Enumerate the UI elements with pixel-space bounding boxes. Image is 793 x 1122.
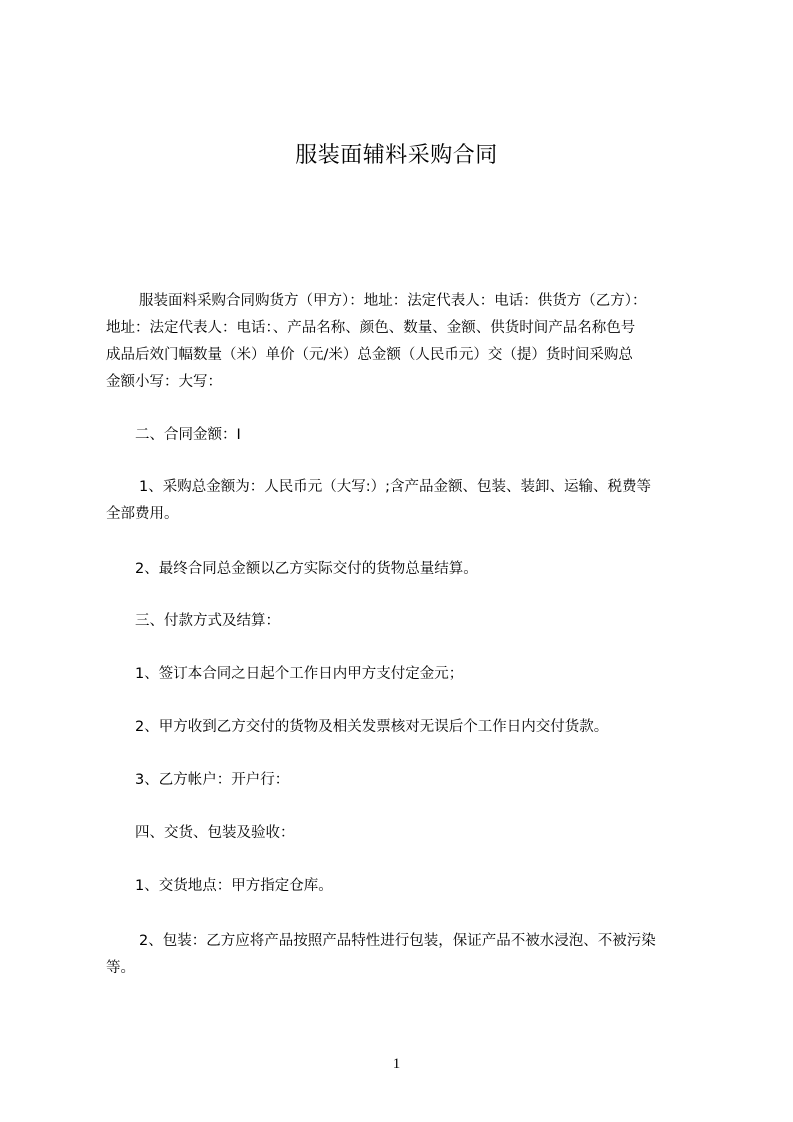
clause-payment-after-delivery: 2、甲方收到乙方交付的货物及相关发票核对无误后个工作日内交付货款。 [106, 714, 712, 741]
clause-deposit: 1、签订本合同之日起个工作日内甲方支付定金元； [106, 661, 712, 688]
document-title: 服装面辅料采购合同 [0, 141, 793, 171]
document-page: 服装面辅料采购合同 服装面料采购合同购货方（甲方）：地址：法定代表人：电话：供货… [0, 0, 793, 1122]
section-heading-contract-amount: 二、合同金额：I [106, 422, 712, 449]
section-heading-payment: 三、付款方式及结算： [106, 608, 712, 635]
section-heading-delivery: 四、交货、包装及验收： [106, 820, 712, 847]
intro-line-1: 服装面料采购合同购货方（甲方）：地址：法定代表人：电话：供货方（乙方）： [106, 288, 712, 315]
clause-delivery-location: 1、交货地点：甲方指定仓库。 [106, 873, 712, 900]
clause-total-amount: 1、采购总金额为：人民币元（大写:）;含产品金额、包装、装卸、运输、税费等 全部… [106, 474, 712, 528]
intro-line-2: 地址：法定代表人：电话：、产品名称、颜色、数量、金额、供货时间产品名称色号 [106, 315, 712, 342]
intro-line-3: 成品后效门幅数量（米）单价（元/米）总金额（人民币元）交（提）货时间采购总 [106, 342, 712, 369]
clause-packaging: 2、包装：乙方应将产品按照产品特性进行包装，保证产品不被水浸泡、不被污染 等。 [106, 928, 712, 982]
intro-line-4: 金额小写：大写： [106, 369, 712, 396]
page-number: 1 [0, 1056, 793, 1073]
clause-final-settlement: 2、最终合同总金额以乙方实际交付的货物总量结算。 [106, 556, 712, 583]
intro-paragraph: 服装面料采购合同购货方（甲方）：地址：法定代表人：电话：供货方（乙方）： 地址：… [106, 288, 712, 396]
clause-bank-account: 3、乙方帐户：开户行： [106, 767, 712, 794]
